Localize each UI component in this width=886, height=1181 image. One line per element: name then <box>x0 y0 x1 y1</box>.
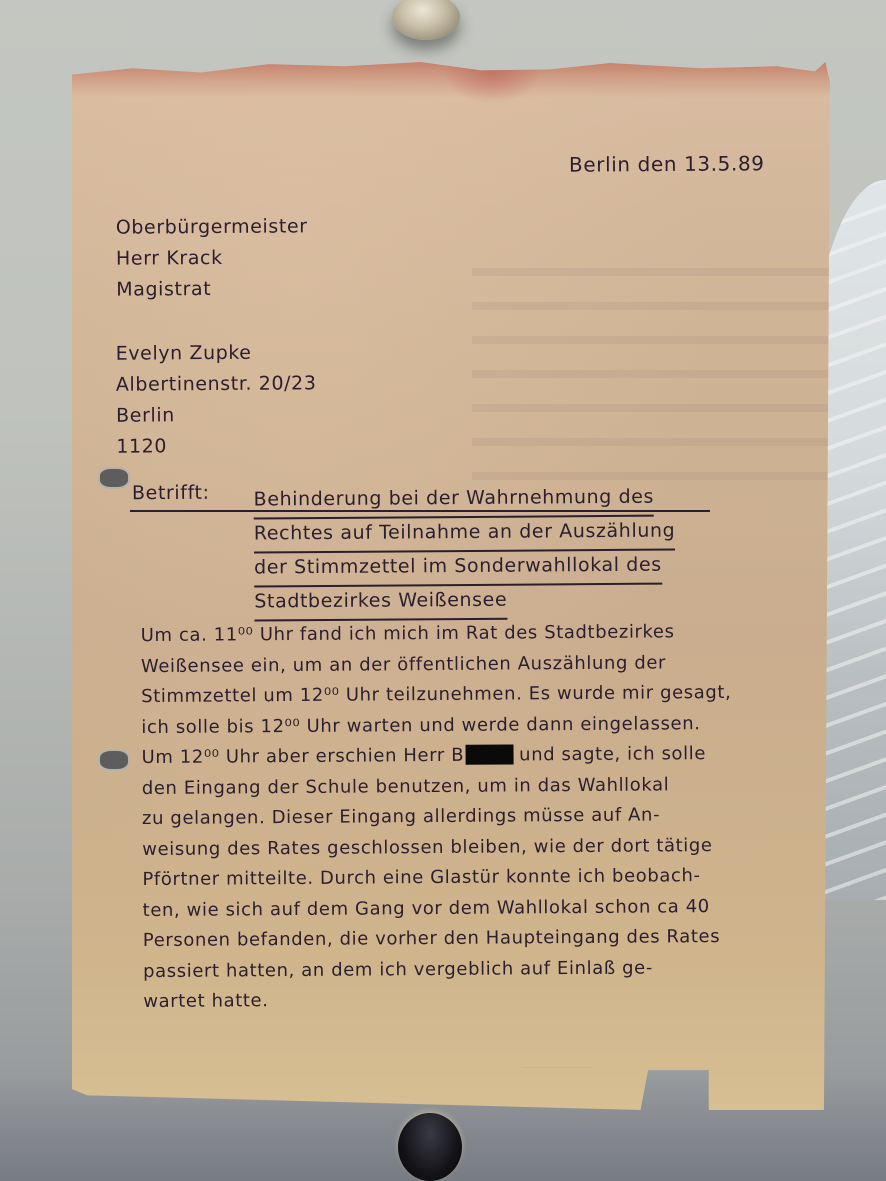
sender-street: Albertinenstr. 20/23 <box>116 368 317 400</box>
body-line-end: und sagte, ich solle <box>519 743 706 765</box>
reverse-side-bleed-through <box>472 242 832 502</box>
body-line: wartet hatte. <box>143 983 733 1018</box>
recipient-block: Oberbürgermeister Herr Krack Magistrat <box>116 211 309 305</box>
body-line: Um ca. 11⁰⁰ Uhr fand ich mich im Rat des… <box>141 617 731 652</box>
body-line: Personen befanden, die vorher den Haupte… <box>143 922 733 957</box>
body-line: Pförtner mitteilte. Durch eine Glastür k… <box>142 861 732 896</box>
mounting-standoff-bottom <box>398 1113 462 1181</box>
body-line: Stimmzettel um 12⁰⁰ Uhr teilzunehmen. Es… <box>141 678 731 713</box>
subject-lines: Behinderung bei der Wahrnehmung des Rech… <box>254 481 676 620</box>
sender-postcode: 1120 <box>116 430 317 462</box>
body-line: zu gelangen. Dieser Eingang allerdings m… <box>142 800 732 835</box>
body-line: Weißensee ein, um an der öffentlichen Au… <box>141 647 731 682</box>
letter-paper: Berlin den 13.5.89 Oberbürgermeister Her… <box>72 62 830 1110</box>
subject-line: der Stimmzettel im Sonderwahllokal des <box>254 549 662 588</box>
subject-line: Rechtes auf Teilnahme an der Auszählung <box>254 515 676 554</box>
body-line: passiert hatten, an dem ich vergeblich a… <box>143 952 733 987</box>
paper-stain <box>442 62 542 104</box>
body-line: weisung des Rates geschlossen bleiben, w… <box>142 830 732 865</box>
recipient-office: Magistrat <box>116 273 308 305</box>
redaction-bar <box>465 744 513 764</box>
recipient-name: Herr Krack <box>116 242 308 274</box>
body-line: ten, wie sich auf dem Gang vor dem Wahll… <box>143 891 733 926</box>
letter-body: Um ca. 11⁰⁰ Uhr fand ich mich im Rat des… <box>141 617 734 1018</box>
letter-dateline: Berlin den 13.5.89 <box>569 151 765 176</box>
punch-hole-upper <box>98 467 130 489</box>
body-line-start: Um 12⁰⁰ Uhr aber erschien Herr B <box>142 745 465 768</box>
mounting-standoff-top <box>392 0 460 40</box>
body-line: ich solle bis 12⁰⁰ Uhr warten und werde … <box>141 708 731 743</box>
subject-line: Stadtbezirkes Weißensee <box>254 584 507 622</box>
faint-signature <box>522 1027 603 1068</box>
subject-line: Behinderung bei der Wahrnehmung des <box>254 481 655 520</box>
sender-name: Evelyn Zupke <box>116 337 317 369</box>
sender-block: Evelyn Zupke Albertinenstr. 20/23 Berlin… <box>116 337 317 462</box>
punch-hole-lower <box>98 749 130 771</box>
recipient-title: Oberbürgermeister <box>116 211 308 243</box>
subject-label: Betrifft: <box>132 482 210 505</box>
body-line: den Eingang der Schule benutzen, um in d… <box>142 769 732 804</box>
body-line-redacted: Um 12⁰⁰ Uhr aber erschien Herr Bund sagt… <box>141 739 731 774</box>
sender-city: Berlin <box>116 399 317 431</box>
